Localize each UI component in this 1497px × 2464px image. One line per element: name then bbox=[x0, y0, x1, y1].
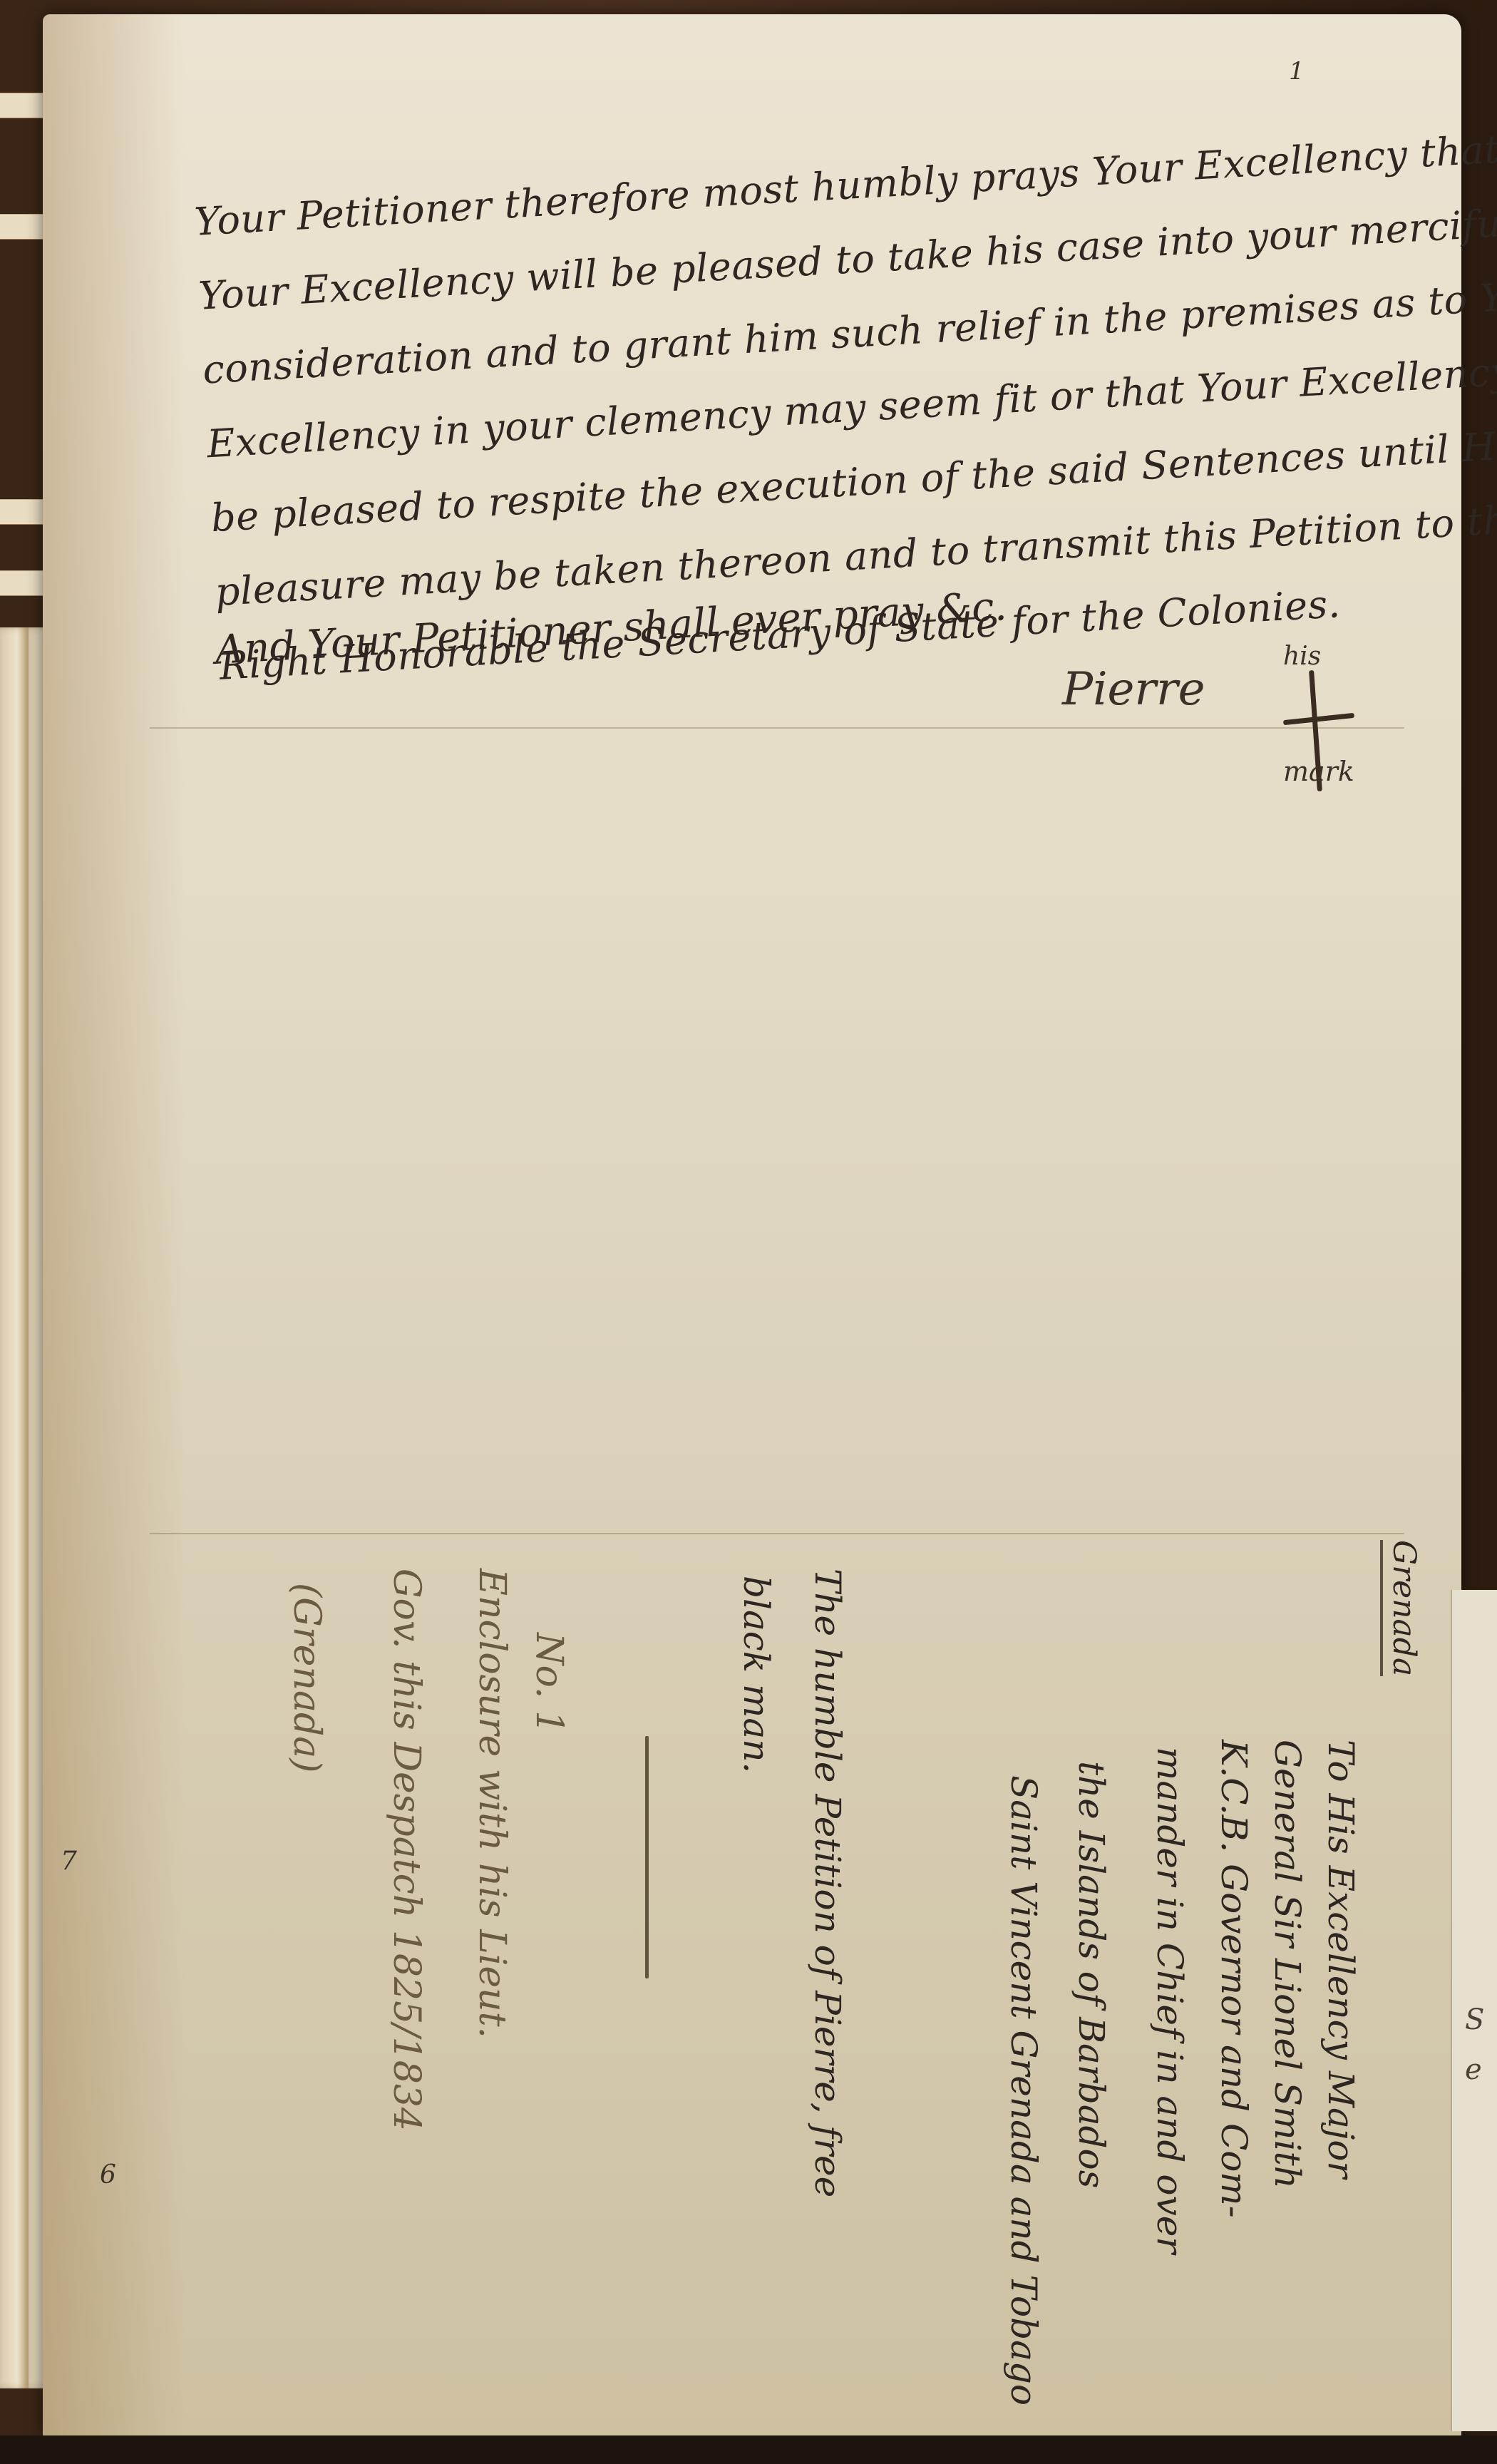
docket-address-line: General Sir Lionel Smith bbox=[1267, 1740, 1308, 2189]
signature-his: his bbox=[1283, 642, 1321, 671]
signature-block: Pierre his mark bbox=[1048, 642, 1404, 806]
adjacent-page-text: e bbox=[1465, 2053, 1482, 2086]
docket-address-line: To His Excellency Major bbox=[1320, 1740, 1362, 2178]
margin-mark: 7 bbox=[61, 1847, 77, 1876]
docket-divider-rule bbox=[645, 1736, 649, 1978]
docket-address-line: mander in Chief in and over bbox=[1149, 1747, 1190, 2254]
docket-heading: Grenada bbox=[1380, 1540, 1422, 1676]
cross-mark-icon bbox=[1283, 713, 1354, 725]
docket-address-line: the Islands of Barbados bbox=[1071, 1761, 1112, 2188]
signature-mark: mark bbox=[1283, 756, 1354, 787]
document-scan: 1 Your Petitioner therefore most humbly … bbox=[0, 0, 1497, 2464]
page-gutter-shadow bbox=[43, 14, 185, 2438]
enclosure-number: No. 1 bbox=[528, 1633, 570, 1734]
page-edge bbox=[0, 627, 30, 2388]
enclosure-line: (Grenada) bbox=[285, 1583, 328, 1773]
docket-title-line: black man. bbox=[736, 1576, 777, 1773]
enclosure-line: Enclosure with his Lieut. bbox=[470, 1569, 513, 2038]
docket-address-line: Saint Vincent Grenada and Tobago bbox=[1003, 1775, 1044, 2406]
signature-name: Pierre bbox=[1062, 663, 1205, 716]
scan-background-edge bbox=[0, 2435, 1497, 2464]
fold-crease bbox=[150, 1533, 1404, 1534]
folio-number: 1 bbox=[1289, 57, 1305, 86]
margin-mark: 6 bbox=[100, 2160, 116, 2190]
adjacent-page-text: S bbox=[1465, 2003, 1484, 2036]
docket-title-line: The humble Petition of Pierre, free bbox=[807, 1569, 848, 2197]
docket-address-line: K.C.B. Governor and Com- bbox=[1213, 1740, 1255, 2218]
enclosure-line: Gov. this Despatch 1825/1834 bbox=[385, 1569, 428, 2131]
